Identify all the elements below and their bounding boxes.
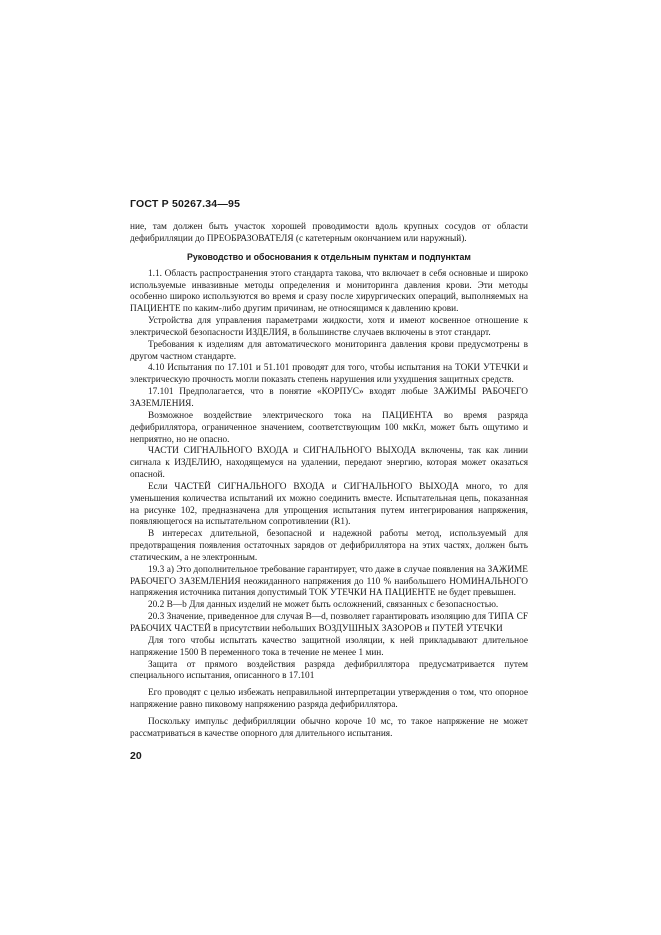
- paragraph-interpretation: Его проводят с целью избежать неправильн…: [130, 688, 528, 712]
- document-page: ГОСТ Р 50267.34—95 ние, там должен быть …: [130, 198, 528, 762]
- paragraph-requirements: Требования к изделиям для автоматическог…: [130, 340, 528, 364]
- paragraph-4-10: 4.10 Испытания по 17.101 и 51.101 провод…: [130, 363, 528, 387]
- document-header: ГОСТ Р 50267.34—95: [130, 198, 528, 212]
- paragraph-1-1: 1.1. Область распространения этого станд…: [130, 269, 528, 316]
- paragraph-devices: Устройства для управления параметрами жи…: [130, 316, 528, 340]
- paragraph-17-101: 17.101 Предполагается, что в понятие «КО…: [130, 387, 528, 411]
- section-title: Руководство и обоснования к отдельным пу…: [130, 252, 528, 263]
- page-number: 20: [130, 750, 528, 762]
- paragraph-insulation-test: Для того чтобы испытать качество защитно…: [130, 636, 528, 660]
- paragraph-defibrillator-protection: Защита от прямого воздействия разряда де…: [130, 660, 528, 684]
- document-body: ние, там должен быть участок хорошей про…: [130, 222, 528, 741]
- paragraph-19-3: 19.3 а) Это дополнительное требование га…: [130, 565, 528, 601]
- paragraph-impulse: Поскольку импульс дефибрилляции обычно к…: [130, 717, 528, 741]
- paragraph-current-effect: Возможное воздействие электрического ток…: [130, 411, 528, 447]
- paragraph-20-3: 20.3 Значение, приведенное для случая В—…: [130, 612, 528, 636]
- paragraph-20-2: 20.2 В—b Для данных изделий не может быт…: [130, 600, 528, 612]
- paragraph-signal-parts: ЧАСТИ СИГНАЛЬНОГО ВХОДА и СИГНАЛЬНОГО ВЫ…: [130, 446, 528, 482]
- paragraph-continuation: ние, там должен быть участок хорошей про…: [130, 222, 528, 246]
- paragraph-test-circuit: Если ЧАСТЕЙ СИГНАЛЬНОГО ВХОДА и СИГНАЛЬН…: [130, 482, 528, 529]
- paragraph-static-method: В интересах длительной, безопасной и над…: [130, 529, 528, 565]
